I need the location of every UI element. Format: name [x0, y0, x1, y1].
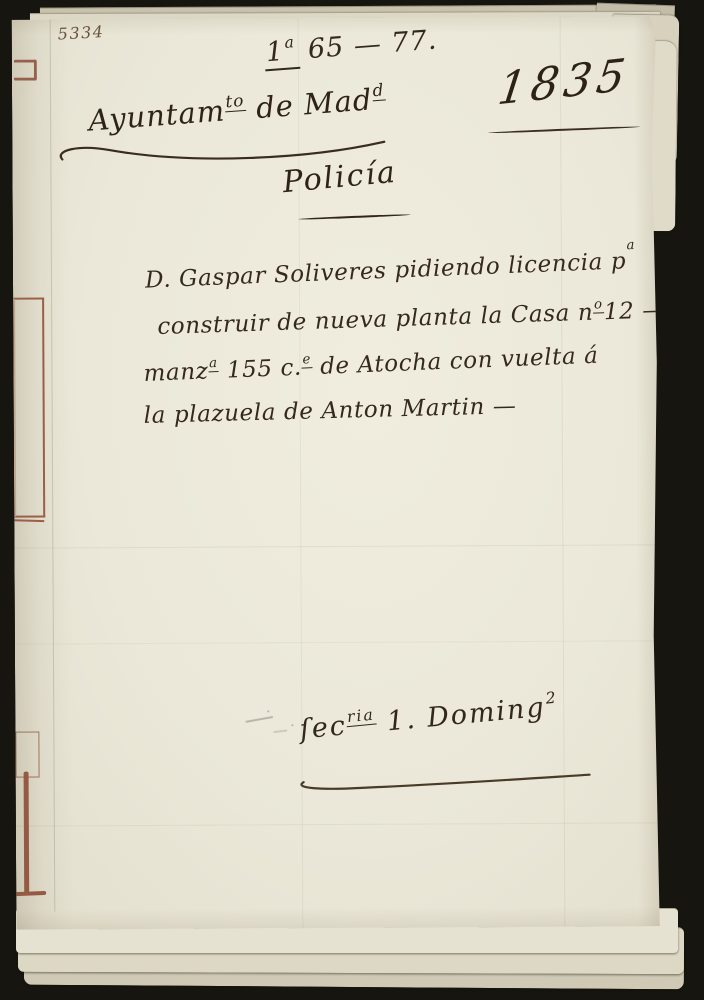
petition-line-3-text: manz: [143, 358, 209, 387]
signature-p1: ſec: [298, 710, 348, 745]
heading-p2: de Mad: [245, 82, 374, 125]
binding-thread-bracket: [14, 60, 37, 81]
binding-thread-rectangle-upper-foot: [10, 519, 44, 522]
folio-number: 5334: [57, 22, 105, 44]
manuscript-page: 5334 1a 65 — 77. 1835 Ayuntamto de Madd …: [12, 16, 661, 929]
pencil-smudge-a: [245, 716, 273, 723]
year-mark: 1835: [495, 49, 633, 116]
petition-line-3-text3: de Atocha con vuelta á: [312, 343, 599, 380]
section-underline: [299, 214, 411, 220]
heading-s2: d: [371, 80, 386, 102]
binding-thread-foot: [10, 891, 46, 896]
year-underline: [488, 126, 640, 134]
petition-line-4: la plazuela de Anton Martin —: [143, 393, 516, 429]
petition-line-1-sup: a: [625, 238, 636, 253]
petition-line-2: construir de nueva planta la Casa no12 —: [157, 297, 666, 340]
petition-line-3-sup2: e: [301, 353, 312, 369]
petition-line-4-text: la plazuela de Anton Martin —: [143, 393, 516, 429]
signature-s2: 2: [544, 688, 560, 708]
signature-s1: ria: [345, 705, 377, 728]
heading-ayuntamiento: Ayuntamto de Madd: [87, 81, 387, 137]
classification-mark: 1a 65 — 77.: [263, 23, 438, 68]
petition-line-2-text2: 12 —: [603, 297, 666, 325]
pencil-smudge-b: [273, 730, 287, 734]
binding-thread-bar: [24, 772, 30, 894]
classification-rest: 65 — 77.: [297, 24, 438, 65]
petition-line-1: D. Gaspar Soliveres pidiendo licencia pa: [145, 248, 638, 294]
binding-thread-rectangle-upper: [13, 298, 45, 518]
classification-lead: 1a: [263, 35, 300, 71]
year-text: 1835: [495, 49, 633, 116]
petition-line-3-text2: 155 c.: [218, 355, 302, 384]
signature-flourish-stroke: [292, 769, 602, 797]
pencil-dot-1: [267, 710, 269, 712]
scan-backdrop: 5334 1a 65 — 77. 1835 Ayuntamto de Madd …: [0, 0, 704, 1000]
binding-thread-rectangle-lower: [15, 732, 39, 778]
petition-line-3-sup1: a: [208, 356, 219, 372]
classification-num-sup: a: [283, 32, 297, 52]
heading-s1: to: [224, 90, 246, 113]
petition-line-3: manza 155 c.e de Atocha con vuelta á: [143, 343, 599, 387]
petition-line-2-sup: o: [593, 298, 604, 314]
heading-p1: Ayuntam: [87, 93, 226, 137]
signature-p2: 1. Doming: [375, 692, 547, 739]
petition-line-1-text: D. Gaspar Soliveres pidiendo licencia p: [145, 248, 627, 293]
signature-line: ſecria 1. Doming2: [298, 690, 560, 746]
pencil-dot-2: [291, 724, 293, 726]
folio-number-text: 5334: [57, 22, 105, 44]
petition-line-2-text: construir de nueva planta la Casa n: [157, 300, 594, 340]
heading-flourish-path: [61, 142, 385, 160]
signature-flourish-path: [301, 775, 589, 789]
